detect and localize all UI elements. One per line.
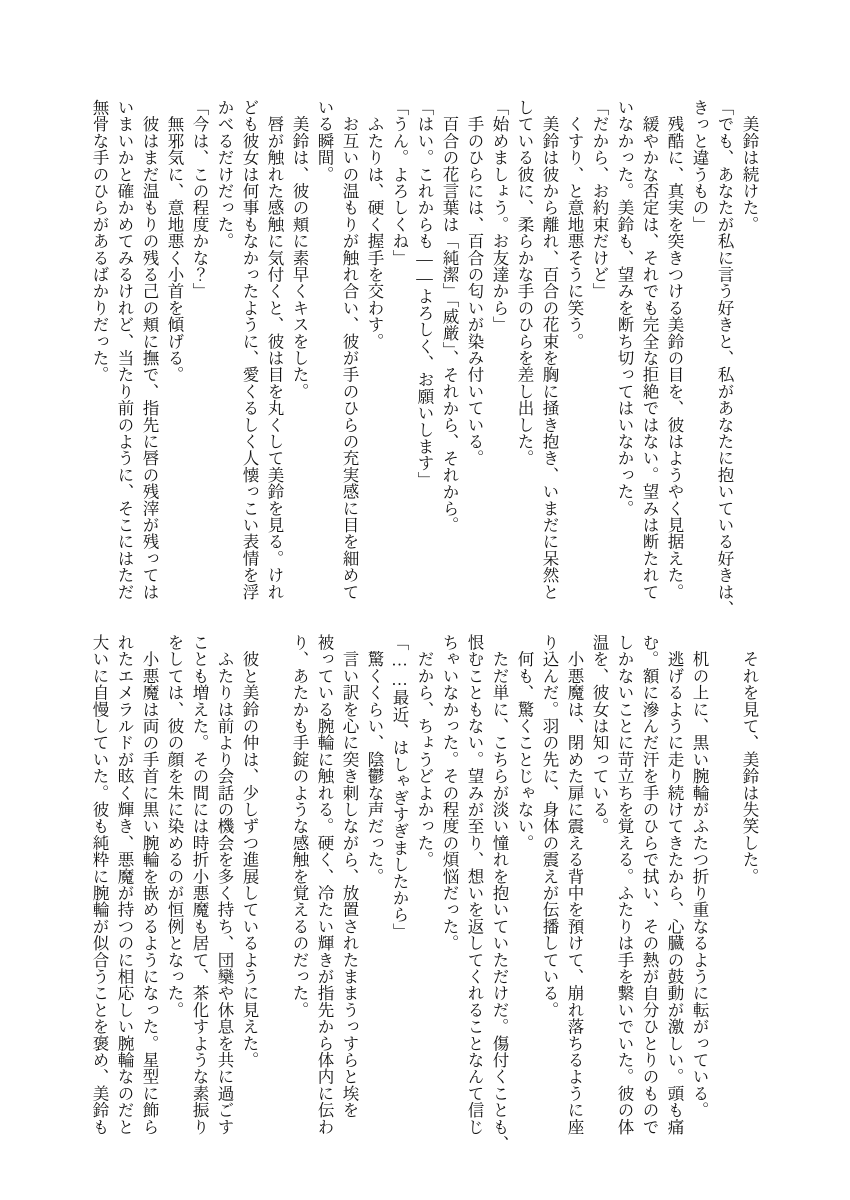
text-line: 彼はまだ温もりの残る己の頬に撫で、指先に唇の残滓が残っては	[137, 99, 162, 617]
text-line: 美鈴は続けた。	[737, 99, 762, 617]
text-line: 大いに自慢していた。彼も純粋に腕輪が似合うことを褒め、美鈴も	[87, 634, 112, 1166]
text-line: 美鈴は彼から離れ、百合の花束を胸に掻き抱き、いまだに呆然と	[537, 99, 562, 617]
text-line: きっと違うもの」	[687, 99, 712, 617]
text-line: かべるだけだった。	[212, 99, 237, 617]
text-line: ども彼女は何事もなかったように、愛くるしく人懐っこい表情を浮	[237, 99, 262, 617]
text-line: いる瞬間。	[312, 99, 337, 617]
text-line: り、あたかも手錠のような感触を覚えるのだった。	[287, 634, 312, 1166]
text-line: 緩やかな否定は、それでも完全な拒絶ではない。望みは断たれて	[637, 99, 662, 617]
text-line: 机の上に、黒い腕輪がふたつ折り重なるように転がっている。	[687, 634, 712, 1166]
text-line: 言い訳を心に突き刺しながら、放置されたままうっすらと埃を	[337, 634, 362, 1166]
text-line: 何も、驚くことじゃない。	[512, 634, 537, 1166]
text-line: 「だから、お約束だけど」	[587, 99, 612, 617]
text-line: 無邪気に、意地悪く小首を傾げる。	[162, 99, 187, 617]
text-line: 小悪魔は両の手首に黒い腕輪を嵌めるようになった。星型に飾ら	[137, 634, 162, 1166]
text-line: 手のひらには、百合の匂いが染み付いている。	[462, 99, 487, 617]
text-line: 小悪魔は、閉めた扉に震える背中を預けて、崩れ落ちるように座	[562, 634, 587, 1166]
blank-line	[712, 634, 737, 1166]
text-line: いまいかと確かめてみるけれど、当たり前のように、そこにはただ	[112, 99, 137, 617]
text-line: 温を、彼女は知っている。	[587, 634, 612, 1166]
text-line: 「でも、あなたが私に言う好きと、私があなたに抱いている好きは、	[712, 99, 737, 617]
text-line: む。額に滲んだ汗を手のひらで拭い、その熱が自分ひとりのもので	[637, 634, 662, 1166]
text-line: 無骨な手のひらがあるばかりだった。	[87, 99, 112, 617]
text-line: をしては、彼の顔を朱に染めるのが恒例となった。	[162, 634, 187, 1166]
text-line: 残酷に、真実を突きつける美鈴の目を、彼はようやく見据えた。	[662, 99, 687, 617]
text-line: 百合の花言葉は「純潔」「威厳」、それから、それから。	[437, 99, 462, 617]
text-line: だから、ちょうどよかった。	[412, 634, 437, 1166]
text-line: り込んだ。羽の先に、身体の震えが伝播している。	[537, 634, 562, 1166]
text-line: お互いの温もりが触れ合い、彼が手のひらの充実感に目を細めて	[337, 99, 362, 617]
text-line: ただ単に、こちらが淡い憧れを抱いていただけだ。傷付くことも、	[487, 634, 512, 1166]
text-line: れたエメラルドが眩く輝き、悪魔が持つのに相応しい腕輪なのだと	[112, 634, 137, 1166]
text-line: 唇が触れた感触に気付くと、彼は目を丸くして美鈴を見る。けれ	[262, 99, 287, 617]
vertical-text-block-top: 美鈴は続けた。「でも、あなたが私に言う好きと、私があなたに抱いている好きは、きっ…	[87, 99, 762, 617]
vertical-text-block-bottom: それを見て、美鈴は失笑した。 机の上に、黒い腕輪がふたつ折り重なるように転がって…	[87, 634, 762, 1166]
blank-line	[262, 634, 287, 1166]
text-line: いなかった。美鈴も、望みを断ち切ってはいなかった。	[612, 99, 637, 617]
text-line: 「始めましょう。お友達から」	[487, 99, 512, 617]
text-line: している彼に、柔らかな手のひらを差し出した。	[512, 99, 537, 617]
text-line: 「はい。これからも――よろしく、お願いします」	[412, 99, 437, 617]
book-page: 美鈴は続けた。「でも、あなたが私に言う好きと、私があなたに抱いている好きは、きっ…	[0, 0, 850, 1200]
text-line: それを見て、美鈴は失笑した。	[737, 634, 762, 1166]
text-line: 恨むこともない。望みが至り、想いを返してくれることなんて信じ	[462, 634, 487, 1166]
text-line: くすり、と意地悪そうに笑う。	[562, 99, 587, 617]
text-line: ふたりは、硬く握手を交わす。	[362, 99, 387, 617]
text-line: 「……最近、はしゃぎすぎましたから」	[387, 634, 412, 1166]
text-line: 美鈴は、彼の頬に素早くキスをした。	[287, 99, 312, 617]
text-line: ちゃいなかった。その程度の煩悩だった。	[437, 634, 462, 1166]
text-line: 被っている腕輪に触れる。硬く、冷たい輝きが指先から体内に伝わ	[312, 634, 337, 1166]
text-line: ことも増えた。その間には時折小悪魔も居て、茶化すような素振り	[187, 634, 212, 1166]
text-line: 「今は、この程度かな？」	[187, 99, 212, 617]
text-line: 驚くくらい、陰鬱な声だった。	[362, 634, 387, 1166]
text-line: ふたりは前より会話の機会を多く持ち、団欒や休息を共に過ごす	[212, 634, 237, 1166]
text-line: 彼と美鈴の仲は、少しずつ進展しているように見えた。	[237, 634, 262, 1166]
text-line: しかないことに苛立ちを覚える。ふたりは手を繋いでいた。彼の体	[612, 634, 637, 1166]
text-line: 「うん。よろしくね」	[387, 99, 412, 617]
text-line: 逃げるように走り続けてきたから、心臓の鼓動が激しい。頭も痛	[662, 634, 687, 1166]
